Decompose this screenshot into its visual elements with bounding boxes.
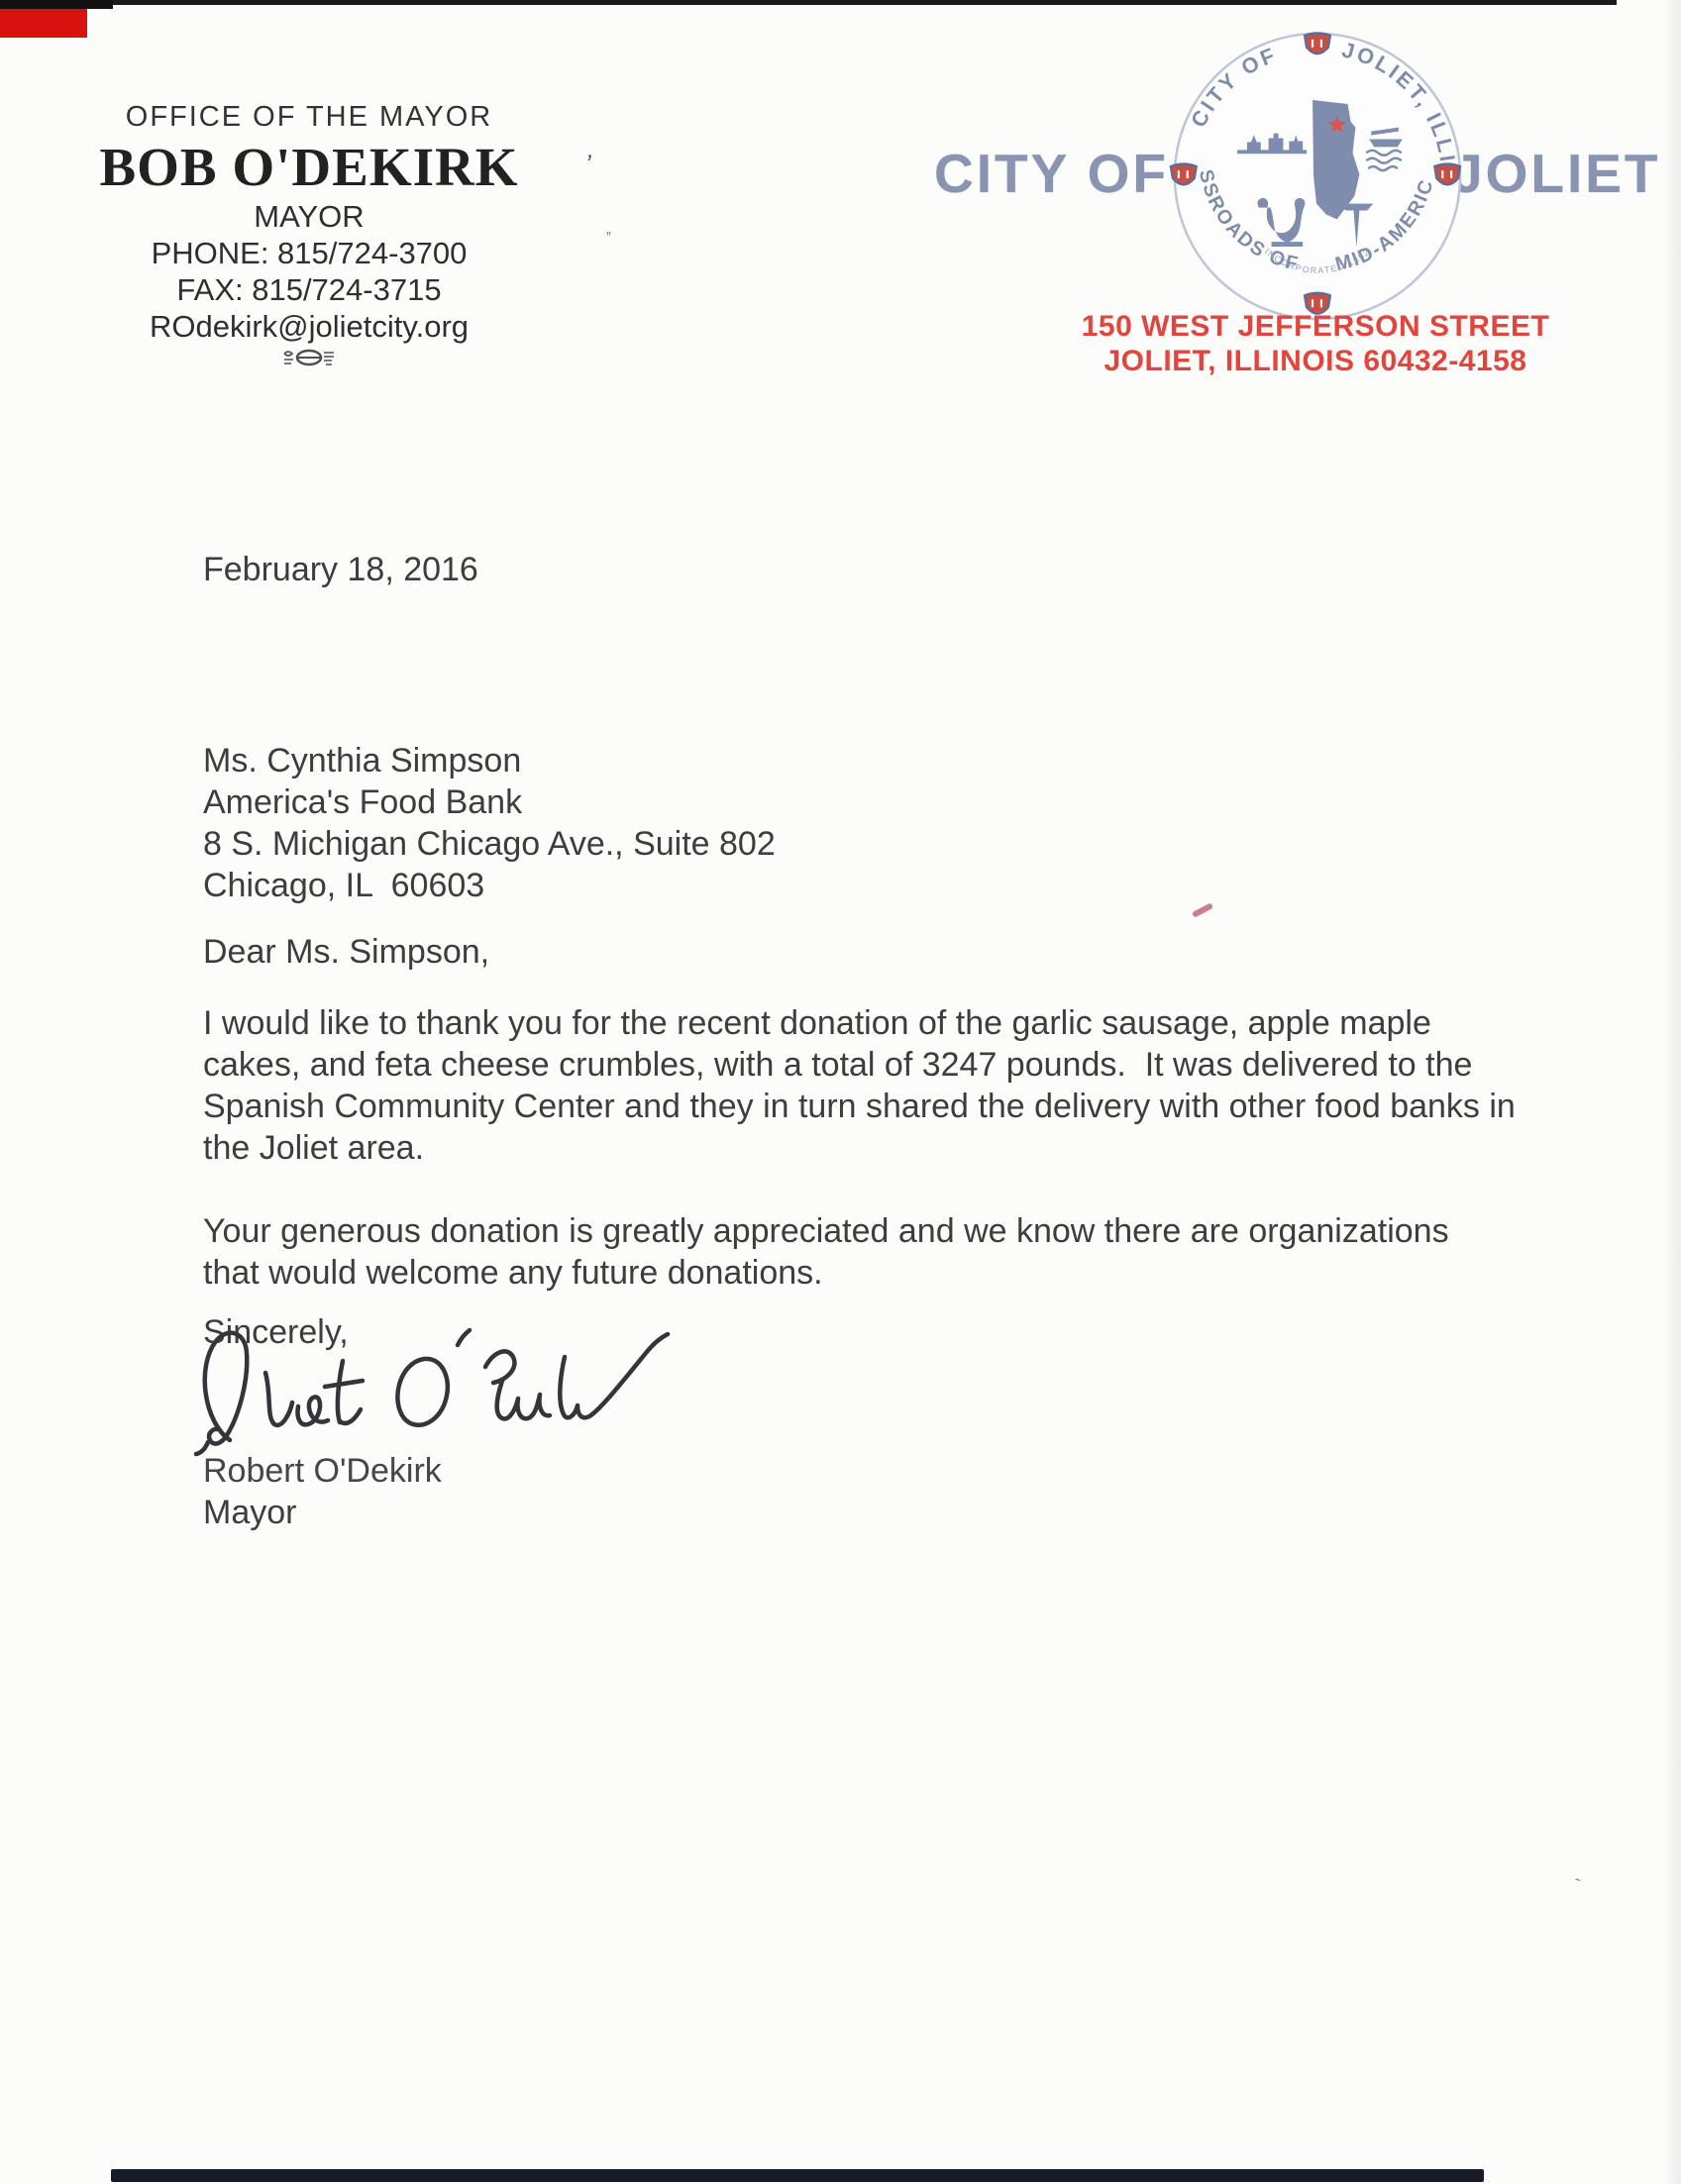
office-of-the-mayor-label: OFFICE OF THE MAYOR	[91, 101, 527, 134]
shield-icon-left	[1171, 164, 1197, 185]
recipient-organization: America's Food Bank	[203, 781, 776, 823]
address-line-1: 150 WEST JEFFERSON STREET	[1058, 309, 1573, 344]
scanned-letter-page: ’ ˮ ` OFFICE OF THE MAYOR BOB O'DEKIRK M…	[0, 0, 1681, 2184]
shield-icon-right	[1434, 164, 1460, 185]
letterhead-left-block: OFFICE OF THE MAYOR BOB O'DEKIRK MAYOR P…	[91, 101, 527, 372]
paragraph-2: Your generous donation is greatly apprec…	[203, 1210, 1449, 1294]
paragraph-1-line: cakes, and feta cheese crumbles, with a …	[203, 1044, 1516, 1086]
paragraph-1-line: the Joliet area.	[203, 1127, 1516, 1169]
shield-icon-top	[1305, 33, 1330, 53]
signature-scrawl	[186, 1315, 701, 1469]
salutation: Dear Ms. Simpson,	[203, 931, 489, 973]
ink-speck: ’	[582, 149, 594, 180]
paragraph-2-line: that would welcome any future donations.	[203, 1252, 1449, 1294]
city-seal-icon: CITY OF JOLIET, ILLINOIS CROSSROADS OF M…	[1169, 28, 1462, 330]
paragraph-1-line: Spanish Community Center and they in tur…	[203, 1086, 1516, 1127]
joliet-wordmark: JOLIET	[1452, 142, 1661, 205]
ink-speck: `	[1573, 1874, 1589, 1901]
scan-artifact-right-shade	[1663, 0, 1681, 2184]
paragraph-1-line: I would like to thank you for the recent…	[203, 1002, 1516, 1044]
scan-artifact-top-edge-line	[0, 0, 1617, 5]
date-line: February 18, 2016	[203, 549, 478, 590]
recipient-city: Chicago, IL 60603	[203, 865, 776, 906]
paragraph-2-line: Your generous donation is greatly apprec…	[203, 1210, 1449, 1252]
scan-artifact-bottom-bar	[111, 2169, 1484, 2182]
scan-artifact-top-edge-thick	[0, 0, 113, 9]
union-label-icon	[91, 348, 527, 372]
city-of-wordmark: CITY OF	[934, 142, 1169, 205]
signer-name: Robert O'Dekirk	[203, 1450, 442, 1492]
recipient-street: 8 S. Michigan Chicago Ave., Suite 802	[203, 823, 776, 865]
red-pen-mark	[1192, 902, 1213, 918]
email-label: ROdekirk@jolietcity.org	[91, 308, 527, 345]
recipient-address-block: Ms. Cynthia Simpson America's Food Bank …	[203, 740, 776, 906]
phone-label: PHONE: 815/724-3700	[91, 235, 527, 271]
mayor-title-label: MAYOR	[91, 198, 527, 235]
fax-label: FAX: 815/724-3715	[91, 271, 527, 308]
street-address-block: 150 WEST JEFFERSON STREET JOLIET, ILLINO…	[1058, 309, 1573, 378]
paragraph-1: I would like to thank you for the recent…	[203, 1002, 1516, 1169]
address-line-2: JOLIET, ILLINOIS 60432-4158	[1058, 344, 1573, 378]
ink-speck: ˮ	[606, 230, 611, 247]
mayor-name-heading: BOB O'DEKIRK	[91, 136, 527, 198]
signer-title: Mayor	[203, 1492, 296, 1533]
recipient-name: Ms. Cynthia Simpson	[203, 740, 776, 781]
